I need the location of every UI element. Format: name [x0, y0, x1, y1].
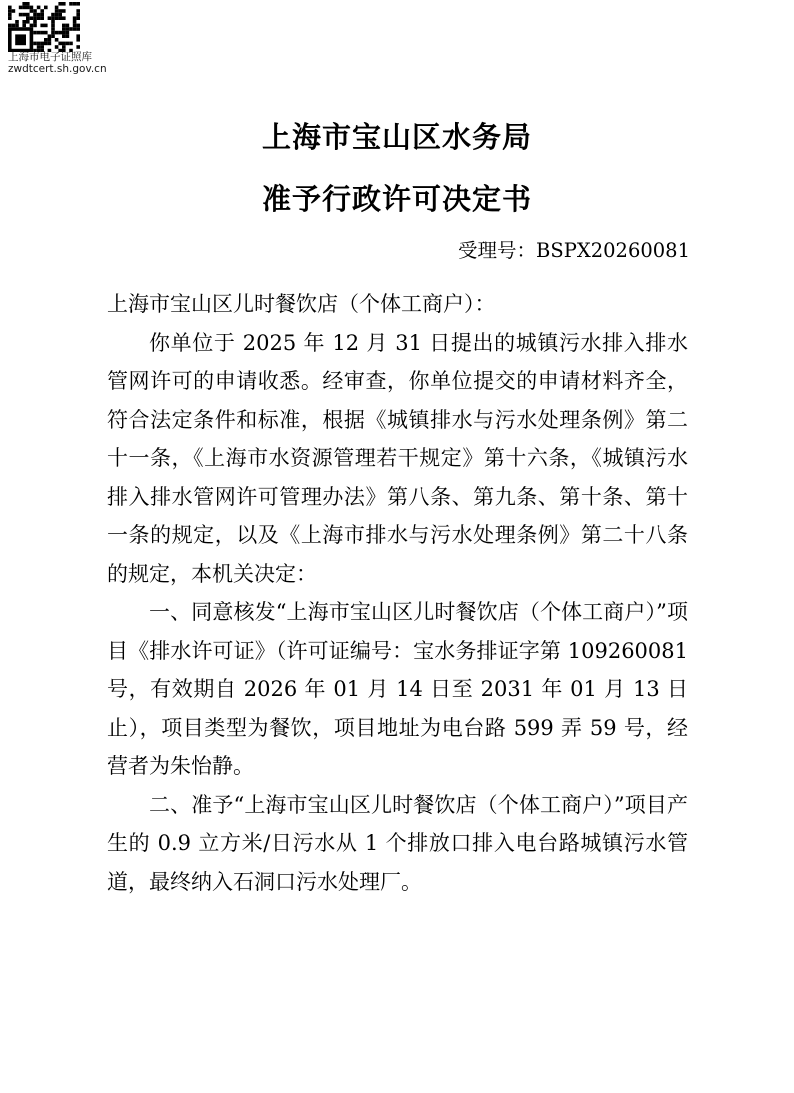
qr-code-block: 上海市电子证照库 zwdtcert.sh.gov.cn: [8, 2, 98, 75]
qr-code: [8, 2, 80, 52]
document-title-agency: 上海市宝山区水务局: [0, 117, 794, 157]
acceptance-number-label: 受理号：: [458, 239, 536, 262]
salutation: 上海市宝山区儿时餐饮店（个体工商户）：: [107, 285, 688, 324]
paragraph-decision-item-1: 一、同意核发“上海市宝山区儿时餐饮店（个体工商户）”项目《排水许可证》（许可证编…: [107, 593, 688, 786]
acceptance-number-value: BSPX20260081: [536, 239, 690, 262]
document-title-type: 准予行政许可决定书: [0, 179, 794, 219]
acceptance-number: 受理号：BSPX20260081: [0, 238, 794, 264]
paragraph-review-and-legal-basis: 你单位于 2025 年 12 月 31 日提出的城镇污水排入排水管网许可的申请收…: [107, 324, 688, 594]
document-body: 上海市宝山区儿时餐饮店（个体工商户）： 你单位于 2025 年 12 月 31 …: [0, 285, 794, 901]
document-page: 上海市电子证照库 zwdtcert.sh.gov.cn 上海市宝山区水务局 准予…: [0, 0, 794, 1093]
paragraph-decision-item-2: 二、准予“上海市宝山区儿时餐饮店（个体工商户）”项目产生的 0.9 立方米/日污…: [107, 786, 688, 902]
qr-caption-url: zwdtcert.sh.gov.cn: [8, 64, 98, 76]
qr-caption-library: 上海市电子证照库: [8, 52, 98, 64]
document-header: 上海市宝山区水务局 准予行政许可决定书: [0, 0, 794, 219]
